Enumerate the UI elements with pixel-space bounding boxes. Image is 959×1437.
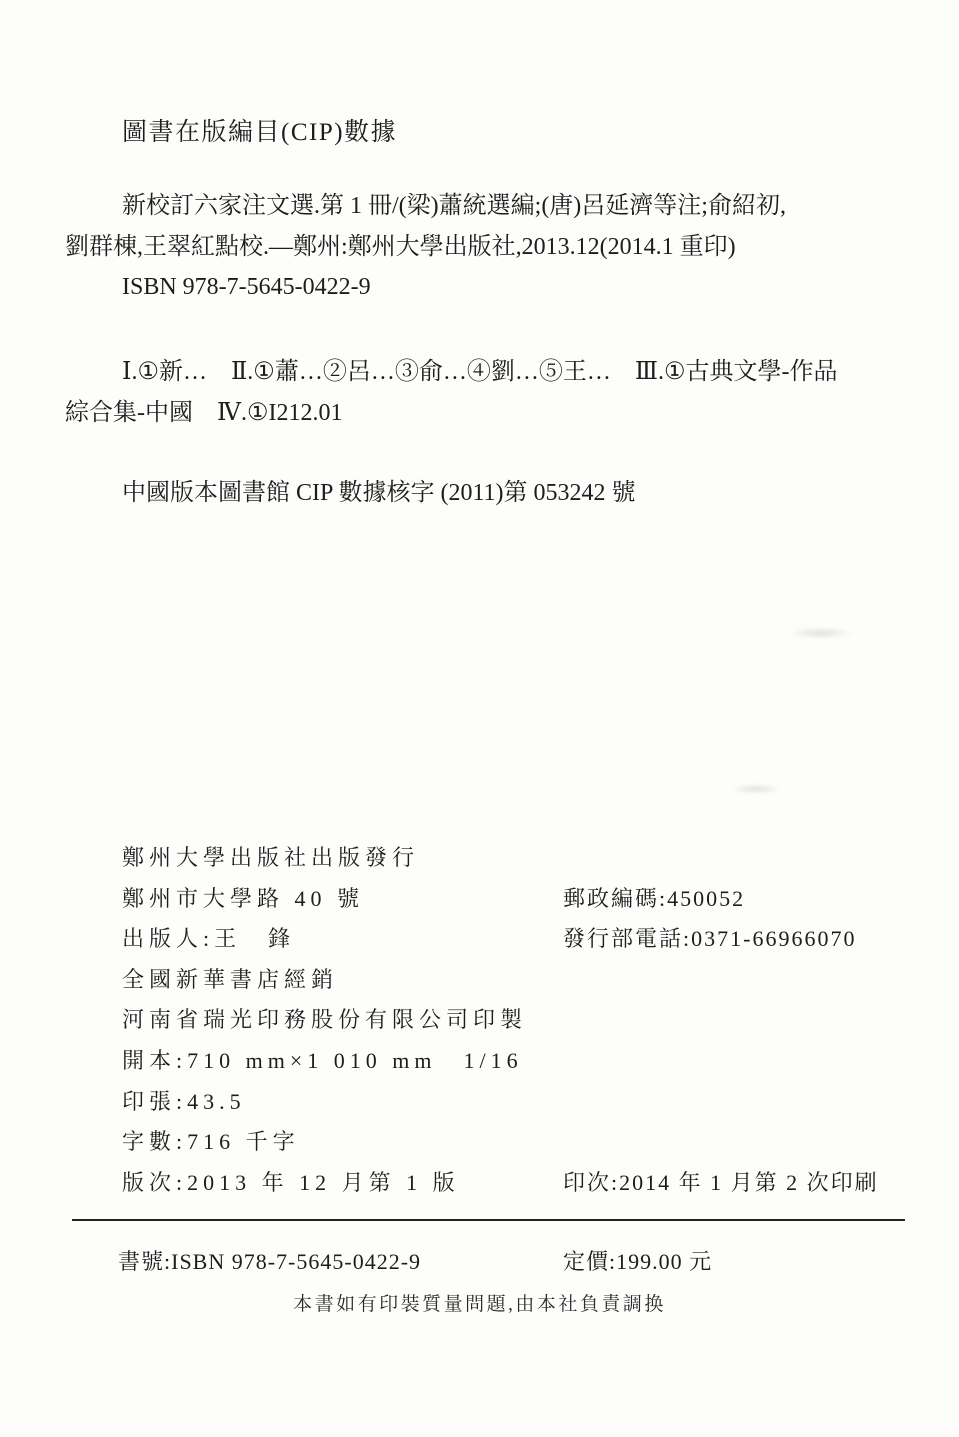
- copyright-page: 圖書在版編目(CIP)數據 新校訂六家注文選.第 1 冊/(梁)蕭統選編;(唐)…: [0, 0, 959, 1437]
- distribution-line: 全國新華書店經銷: [122, 960, 902, 1001]
- cip-entry-paragraph: 新校訂六家注文選.第 1 冊/(梁)蕭統選編;(唐)呂延濟等注;俞紹初, 劉群棟…: [65, 186, 875, 308]
- price: 定價:199.00 元: [563, 1246, 712, 1278]
- edition-info: 版次:2013 年 12 月第 1 版: [122, 1170, 460, 1195]
- publication-info-block: 鄭州大學出版社出版發行 鄭州市大學路 40 號 郵政編碼:450052 出版人:…: [122, 838, 902, 1203]
- cip-record-number: 中國版本圖書館 CIP 數據核字 (2011)第 053242 號: [122, 472, 636, 507]
- publisher-name: 鄭州大學出版社出版發行: [122, 845, 419, 870]
- postal-code: 郵政編碼:450052: [563, 879, 745, 920]
- distributor: 全國新華書店經銷: [122, 967, 338, 992]
- cip-entry-line1: 新校訂六家注文選.第 1 冊/(梁)蕭統選編;(唐)呂延濟等注;俞紹初,: [65, 186, 875, 227]
- publisher-person: 出版人:王 鋒: [122, 926, 295, 951]
- publisher-person-line: 出版人:王 鋒 發行部電話:0371-66966070: [122, 919, 902, 960]
- book-format: 開本:710 mm×1 010 mm 1/16: [122, 1048, 523, 1073]
- printing-info: 印次:2014 年 1 月第 2 次印刷: [563, 1163, 879, 1204]
- cip-header: 圖書在版編目(CIP)數據: [122, 112, 397, 148]
- word-count-line: 字數:716 千字: [122, 1122, 902, 1163]
- scan-smudge: [788, 627, 854, 639]
- printer-line: 河南省瑞光印務股份有限公司印製: [122, 1000, 902, 1041]
- classification-line1: Ⅰ.①新… Ⅱ.①蕭…②呂…③俞…④劉…⑤王… Ⅲ.①古典文學-作品: [65, 352, 875, 393]
- cip-entry-isbn: ISBN 978-7-5645-0422-9: [65, 267, 875, 308]
- printed-sheets: 印張:43.5: [122, 1089, 246, 1114]
- word-count: 字數:716 千字: [122, 1129, 300, 1154]
- classification-line2: 綜合集-中國 Ⅳ.①I212.01: [65, 393, 875, 434]
- edition-line: 版次:2013 年 12 月第 1 版 印次:2014 年 1 月第 2 次印刷: [122, 1163, 902, 1204]
- publisher-line: 鄭州大學出版社出版發行: [122, 838, 902, 879]
- sheets-line: 印張:43.5: [122, 1082, 902, 1123]
- publisher-address: 鄭州市大學路 40 號: [122, 886, 364, 911]
- printer-name: 河南省瑞光印務股份有限公司印製: [122, 1007, 527, 1032]
- cip-entry-line2: 劉群棟,王翠紅點校.—鄭州:鄭州大學出版社,2013.12(2014.1 重印): [65, 227, 875, 268]
- cip-classification: Ⅰ.①新… Ⅱ.①蕭…②呂…③俞…④劉…⑤王… Ⅲ.①古典文學-作品 綜合集-中…: [65, 352, 875, 433]
- distribution-phone: 發行部電話:0371-66966070: [563, 919, 856, 960]
- quality-note: 本書如有印裝質量問題,由本社負責調换: [0, 1289, 959, 1316]
- format-line: 開本:710 mm×1 010 mm 1/16: [122, 1041, 902, 1082]
- footer-divider: [72, 1219, 905, 1221]
- book-number: 書號:ISBN 978-7-5645-0422-9: [118, 1249, 421, 1274]
- address-line: 鄭州市大學路 40 號 郵政編碼:450052: [122, 879, 902, 920]
- scan-smudge: [730, 784, 782, 794]
- footer-ids-row: 書號:ISBN 978-7-5645-0422-9 定價:199.00 元: [118, 1246, 898, 1278]
